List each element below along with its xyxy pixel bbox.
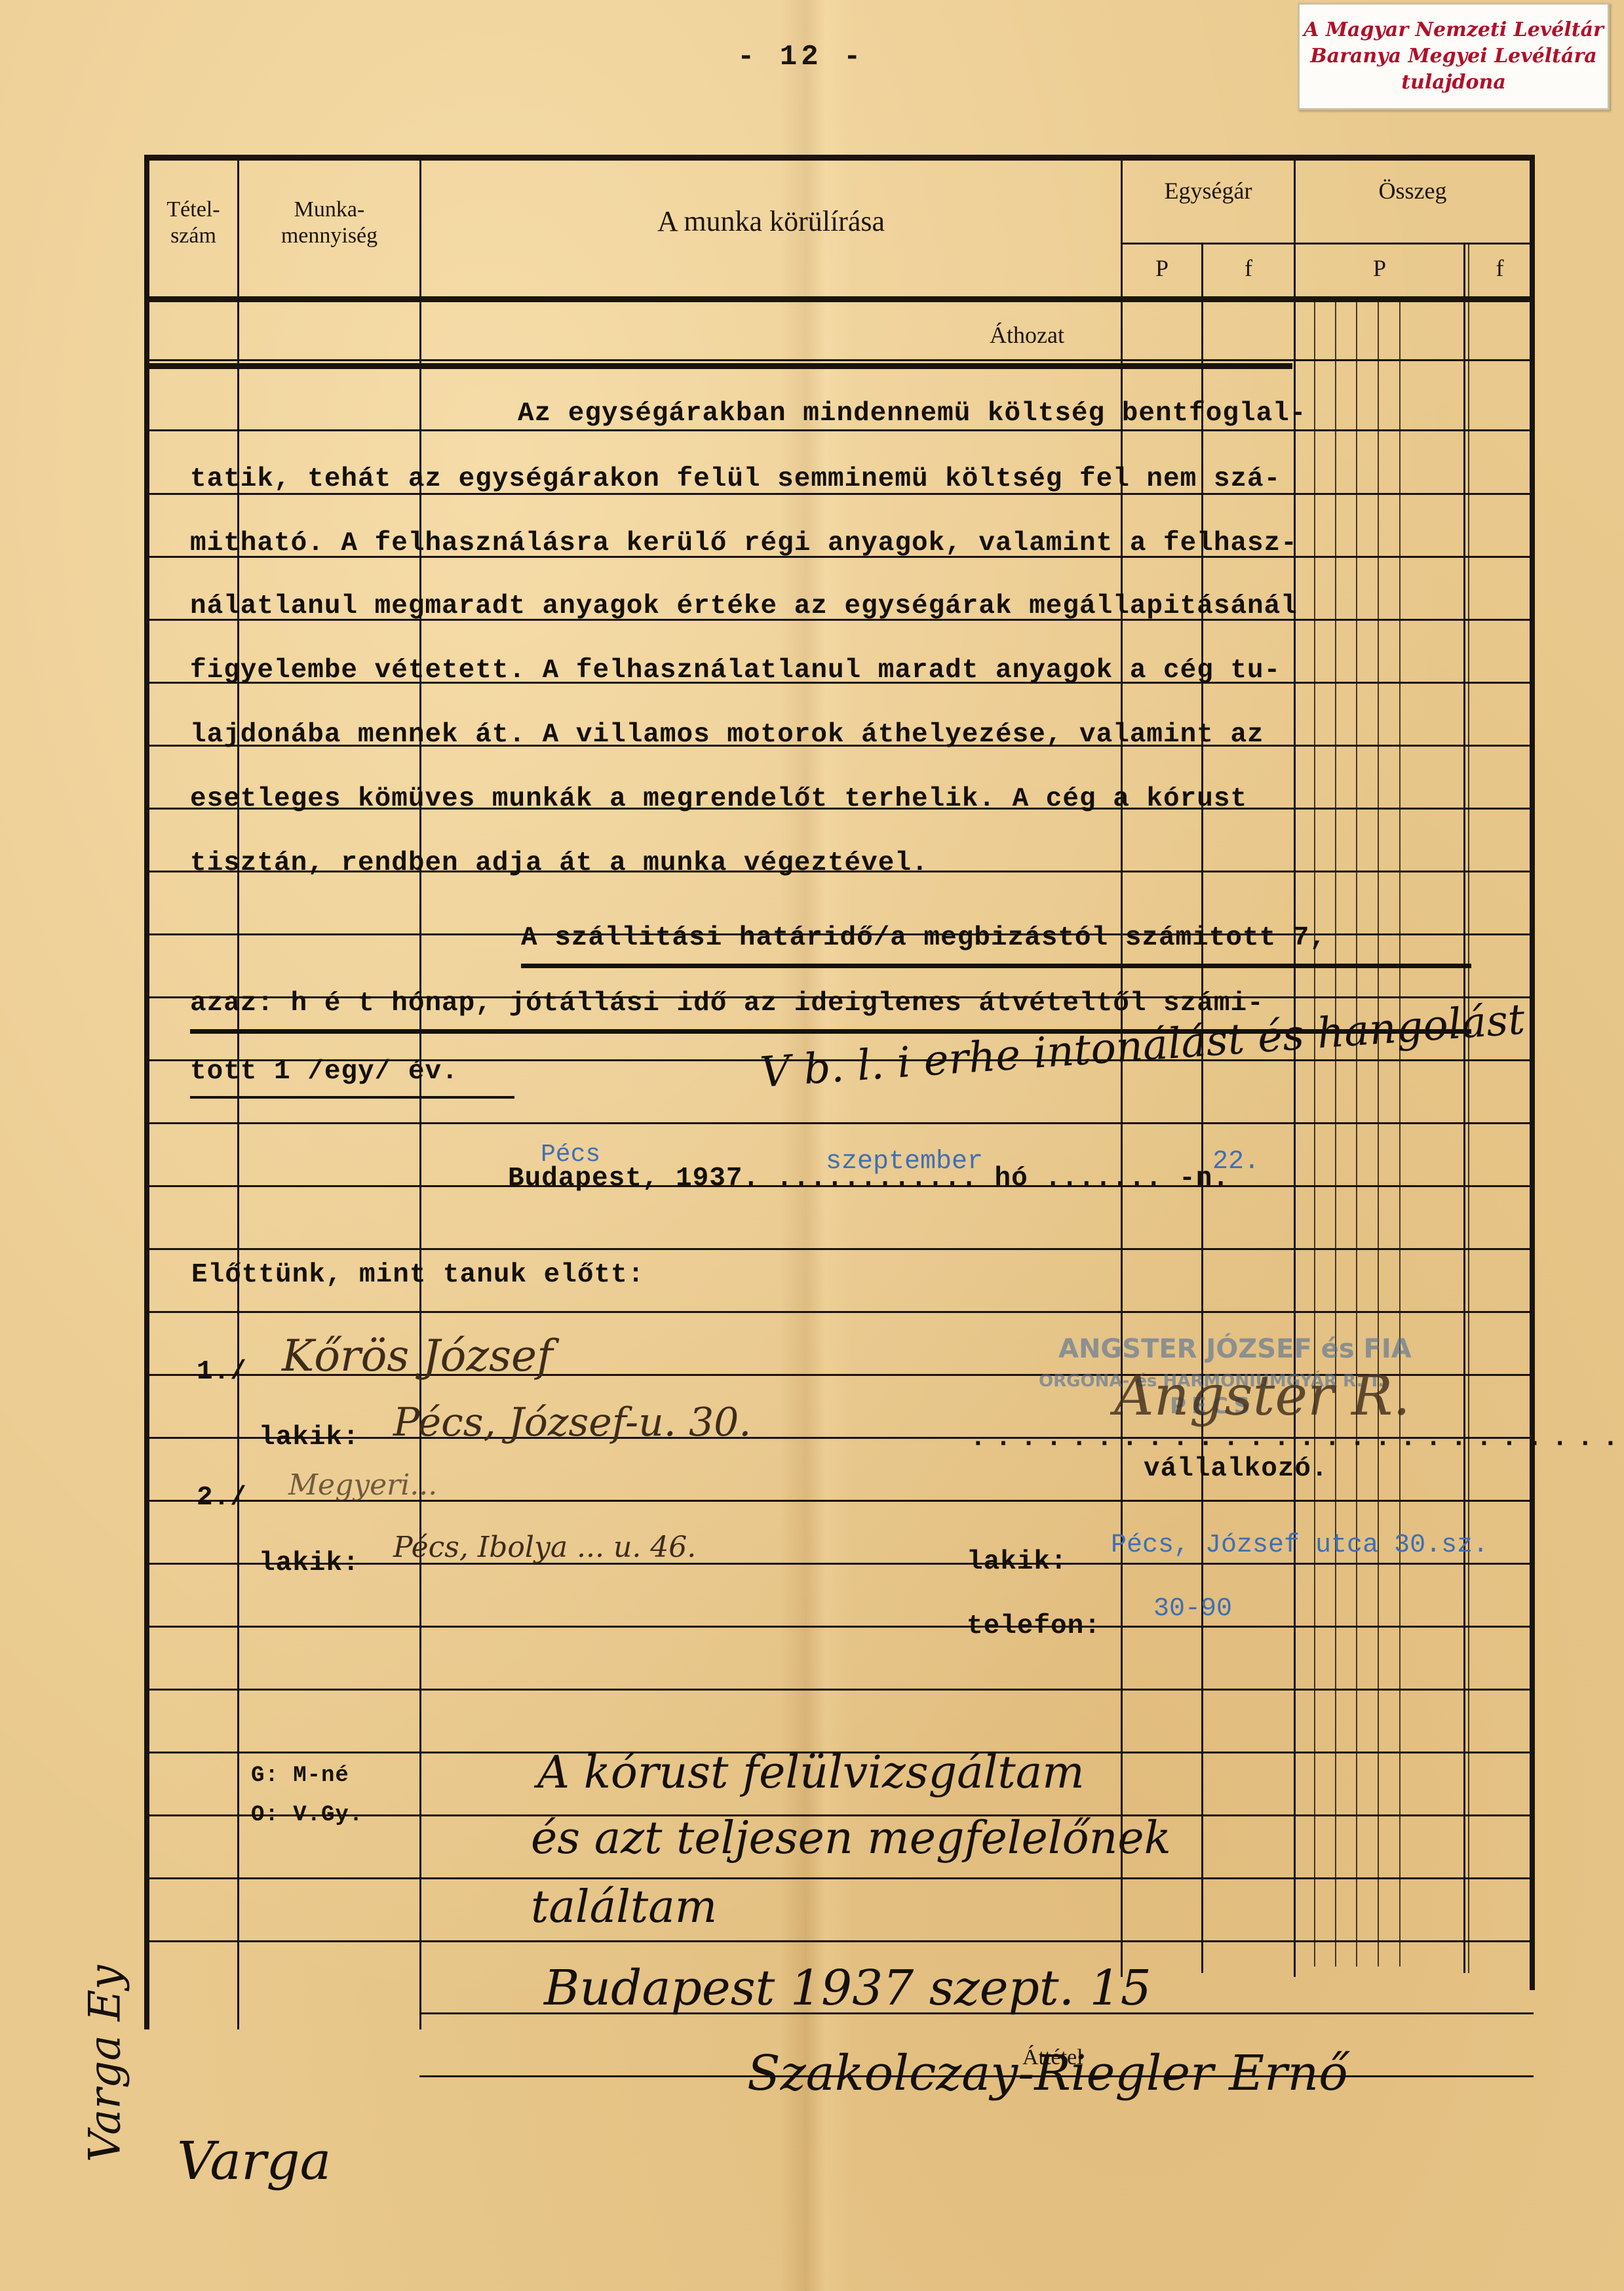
witness2-number: 2./: [197, 1483, 247, 1513]
delivery-line: tott 1 /egy/ év.: [190, 1057, 459, 1087]
witness2-resides-label: lakik:: [259, 1548, 360, 1578]
header-unit-price: Egységár: [1123, 177, 1294, 205]
grid-line: [1378, 302, 1379, 1967]
total-pf-divider-double: [1468, 243, 1469, 1973]
header-total-pengo: P: [1296, 254, 1463, 282]
witness1-name-handwritten: Kőrös József: [282, 1331, 553, 1381]
table-top-border: [145, 155, 1535, 161]
row-rule: [145, 1877, 1532, 1879]
approval-note-line3: találtam: [531, 1881, 717, 1933]
terms-line: esetleges kömüves munkák a megrendelőt t…: [190, 784, 1247, 814]
header-bottom-border: [145, 296, 1535, 302]
terms-line: figyelembe vétetett. A felhasználatlanul…: [190, 656, 1281, 686]
grid-line: [1399, 302, 1401, 1967]
terms-line: tisztán, rendben adja át a munka végezté…: [190, 848, 929, 878]
margin-signature-2: Varga: [177, 2130, 331, 2191]
carry-forward-label: Áthozat: [990, 321, 1064, 349]
col-divider-2: [419, 155, 421, 2029]
total-pf-divider: [1463, 243, 1465, 1973]
grid-line: [1335, 302, 1336, 1967]
contractor-phone: 30-90: [1153, 1594, 1232, 1624]
terms-line: lajdonába mennek át. A villamos motorok …: [190, 720, 1264, 750]
terms-line: nálatlanul megmaradt anyagok értéke az e…: [190, 591, 1298, 621]
row-rule: [145, 1626, 1532, 1628]
row-rule: [145, 359, 1532, 361]
grid-line: [1356, 302, 1357, 1967]
page-number: - 12 -: [737, 41, 864, 73]
unit-price-pf-divider: [1201, 243, 1203, 1973]
witness2-address-handwritten: Pécs, Ibolya ... u. 46.: [393, 1531, 696, 1564]
margin-signature-1: Varga Ey: [80, 1965, 130, 2163]
underline: [521, 964, 1471, 968]
grid-line: [1314, 302, 1315, 1967]
header-unit-price-pengo: P: [1123, 254, 1201, 282]
header-quantity: Munka- mennyiség: [239, 197, 419, 249]
archive-ownership-label: A Magyar Nemzeti Levéltár Baranya Megyei…: [1298, 3, 1610, 110]
witness1-address-handwritten: Pécs, József-u. 30.: [393, 1400, 751, 1445]
inspector-signature: Szakolczay-Riegler Ernő: [747, 2045, 1348, 2102]
header-quantity-line1: Munka-: [239, 197, 419, 223]
contractor-signature: Angster R.: [1114, 1363, 1410, 1428]
approval-note-line1: A kórust felülvizsgáltam: [537, 1747, 1085, 1799]
table-left-border: [144, 155, 149, 2029]
witness2-name-handwritten: Megyeri...: [288, 1468, 437, 1502]
company-stamp-line1: ANGSTER JÓZSEF és FIA: [1058, 1334, 1412, 1364]
archive-label-line3: tulajdona: [1401, 69, 1506, 96]
initials-line1: G: M-né: [251, 1763, 349, 1788]
underline: [190, 1096, 514, 1099]
header-quantity-line2: mennyiség: [239, 223, 419, 249]
delivery-line: A szállitási határidő/a megbizástól szám…: [521, 923, 1326, 953]
approval-note-line2: és azt teljesen megfelelőnek: [531, 1812, 1171, 1864]
contractor-phone-label: telefon:: [967, 1611, 1101, 1641]
header-item-number-line2: szám: [149, 223, 237, 249]
row-rule: [145, 1248, 1532, 1250]
price-subheader-line: [1122, 243, 1532, 245]
delivery-line: azaz: h é t hónap, jótállási idő az idei…: [190, 989, 1264, 1019]
col-divider-1: [237, 155, 239, 2029]
archive-label-line2: Baranya Megyei Levéltára: [1310, 43, 1596, 69]
contractor-label: vállalkozó.: [1144, 1454, 1328, 1484]
row-rule: [145, 1122, 1532, 1124]
row-rule: [145, 429, 1532, 431]
witnesses-intro: Előttünk, mint tanuk előtt:: [191, 1260, 644, 1290]
header-item-number-line1: Tétel-: [149, 197, 237, 223]
date-day-overwrite: 22.: [1212, 1147, 1260, 1177]
contractor-address: Pécs, József utca 30.sz.: [1111, 1531, 1488, 1560]
header-total: Összeg: [1296, 177, 1530, 205]
witness1-resides-label: lakik:: [259, 1422, 360, 1453]
archive-label-line1: A Magyar Nemzeti Levéltár: [1304, 17, 1604, 43]
row-rule: [145, 1689, 1532, 1691]
header-unit-price-filler: f: [1203, 254, 1294, 282]
carry-forward-rule: [145, 363, 1292, 369]
header-description: A munka körülírása: [421, 205, 1121, 238]
terms-line: mitható. A felhasználásra kerülő régi an…: [190, 528, 1298, 558]
row-rule: [145, 1311, 1532, 1313]
initials-line2: O: V.Gy.: [251, 1803, 363, 1828]
terms-line: tatik, tehát az egységárakon felül semmi…: [190, 464, 1281, 494]
witness1-number: 1./: [197, 1357, 247, 1387]
contractor-resides-label: lakik:: [967, 1547, 1068, 1577]
date-month-overwrite: szeptember: [826, 1147, 983, 1177]
header-item-number: Tétel- szám: [149, 197, 237, 249]
terms-line: Az egységárakban mindennemü költség bent…: [518, 399, 1306, 429]
row-rule: [145, 1940, 1532, 1942]
header-total-filler: f: [1470, 254, 1530, 282]
approval-note-date: Budapest 1937 szept. 15: [544, 1960, 1151, 2016]
